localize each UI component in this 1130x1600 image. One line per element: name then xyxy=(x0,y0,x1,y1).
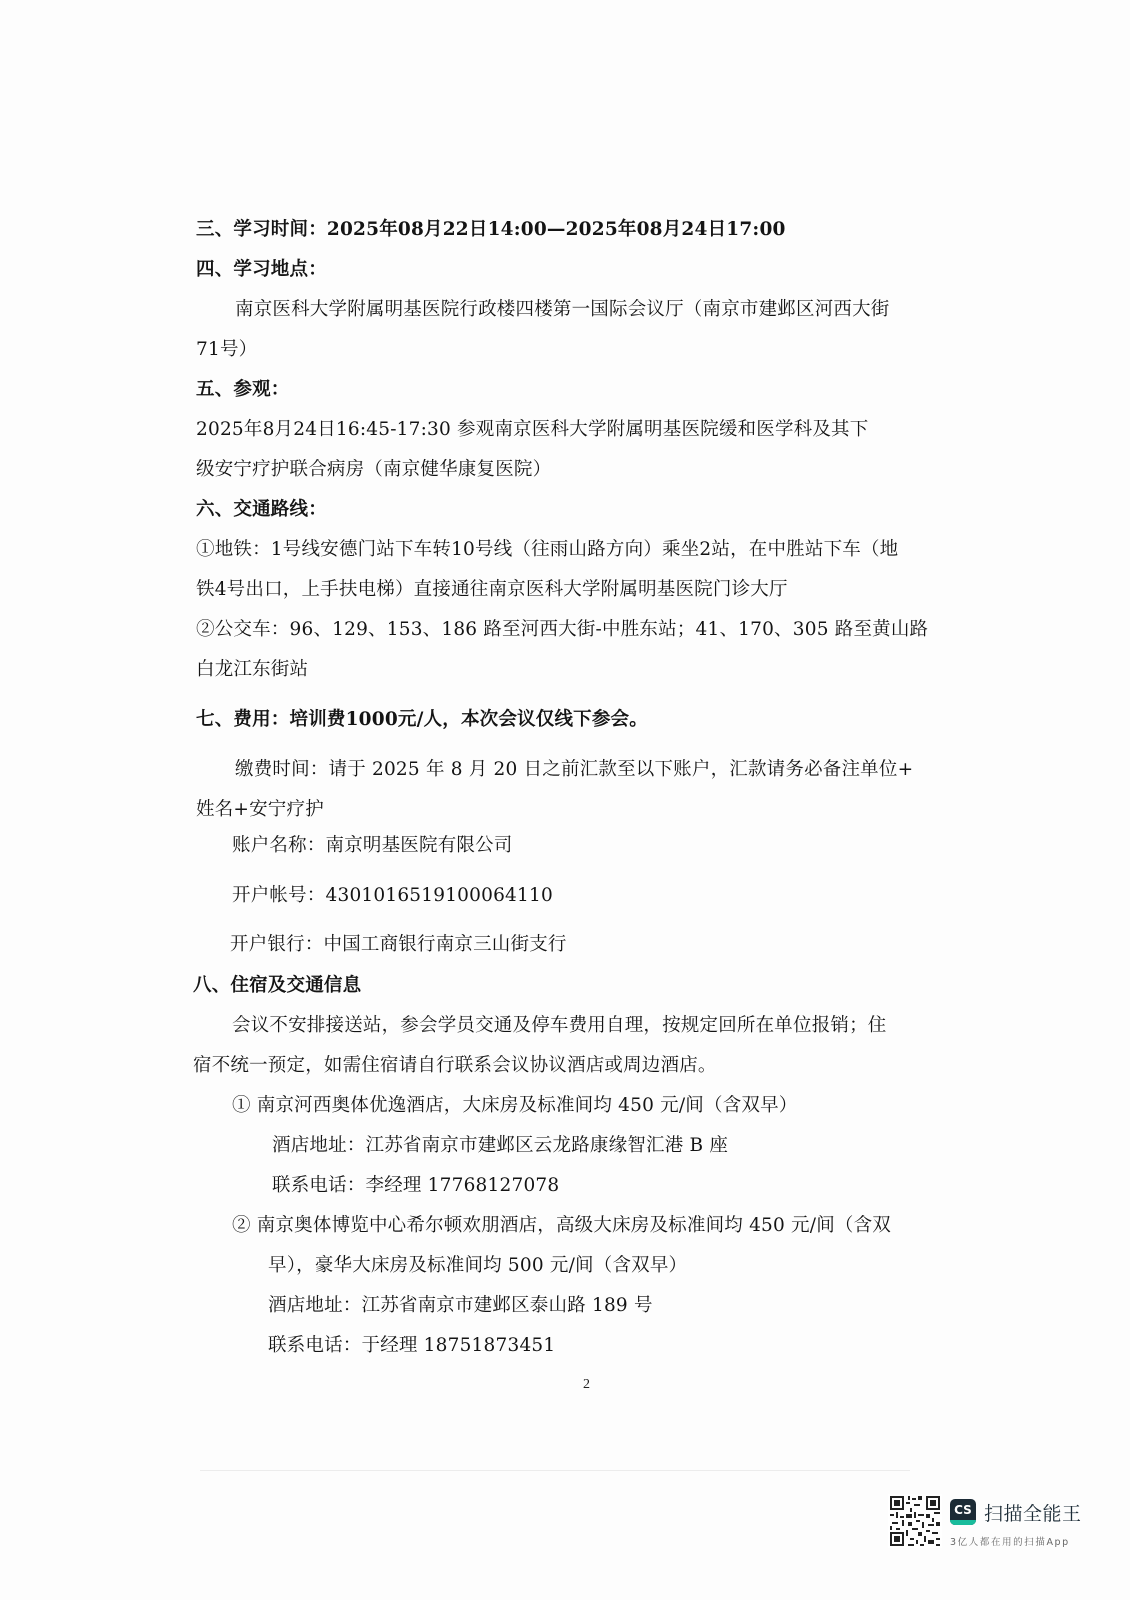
section-7-payment-line-2: 姓名+安宁疗护 xyxy=(196,799,324,821)
watermark-subtitle: 3亿人都在用的扫描App xyxy=(950,1534,1070,1548)
logo-accent-bar xyxy=(950,1520,976,1525)
watermark-title: 扫描全能王 xyxy=(984,1499,1082,1526)
account-name: 账户名称：南京明基医院有限公司 xyxy=(232,835,513,857)
section-6-bus-line-2: 白龙江东街站 xyxy=(196,659,308,681)
section-3-study-time: 三、学习时间：2025年08月22日14:00—2025年08月24日17:00 xyxy=(196,219,786,241)
document-page: 三、学习时间：2025年08月22日14:00—2025年08月24日17:00… xyxy=(0,0,1130,1600)
hotel-1-phone: 联系电话：李经理 17768127078 xyxy=(272,1175,559,1197)
account-bank: 开户银行：中国工商银行南京三山街支行 xyxy=(230,934,567,956)
section-4-heading: 四、学习地点： xyxy=(196,259,327,281)
account-number: 开户帐号：4301016519100064110 xyxy=(232,885,553,907)
camscanner-logo-icon: CS xyxy=(950,1499,976,1525)
hotel-2-phone: 联系电话：于经理 18751873451 xyxy=(268,1335,555,1357)
section-4-location-line-2: 71号） xyxy=(196,339,257,361)
logo-text: CS xyxy=(954,1503,972,1517)
section-8-body-line-1: 会议不安排接送站，参会学员交通及停车费用自理，按规定回所在单位报销；住 xyxy=(232,1015,887,1037)
qr-code-icon xyxy=(888,1494,942,1548)
section-7-payment-line-1: 缴费时间：请于 2025 年 8 月 20 日之前汇款至以下账户，汇款请务必备注… xyxy=(235,759,913,781)
hotel-1-address: 酒店地址：江苏省南京市建邺区云龙路康缘智汇港 B 座 xyxy=(272,1135,728,1157)
section-5-visit-line-1: 2025年8月24日16:45-17:30 参观南京医科大学附属明基医院缓和医学… xyxy=(196,419,868,441)
page-number: 2 xyxy=(583,1377,590,1393)
section-5-visit-line-2: 级安宁疗护联合病房（南京健华康复医院） xyxy=(196,459,551,481)
section-5-heading: 五、参观： xyxy=(196,379,290,401)
section-6-metro-line-2: 铁4号出口，上手扶电梯）直接通往南京医科大学附属明基医院门诊大厅 xyxy=(196,579,788,601)
hotel-2-name-line-1: ② 南京奥体博览中心希尔顿欢朋酒店，高级大床房及标准间均 450 元/间（含双 xyxy=(232,1215,891,1237)
section-8-body-line-2: 宿不统一预定，如需住宿请自行联系会议协议酒店或周边酒店。 xyxy=(193,1055,717,1077)
footer-divider xyxy=(200,1470,910,1471)
section-4-location-line-1: 南京医科大学附属明基医院行政楼四楼第一国际会议厅（南京市建邺区河西大街 xyxy=(235,299,890,321)
section-6-bus-line-1: ②公交车：96、129、153、186 路至河西大街-中胜东站；41、170、3… xyxy=(196,619,928,641)
section-6-metro-line-1: ①地铁：1号线安德门站下车转10号线（往雨山路方向）乘坐2站，在中胜站下车（地 xyxy=(196,539,898,561)
section-6-heading: 六、交通路线： xyxy=(196,499,327,521)
section-8-heading: 八、住宿及交通信息 xyxy=(193,975,361,997)
hotel-2-name-line-2: 早），豪华大床房及标准间均 500 元/间（含双早） xyxy=(268,1255,687,1277)
section-7-fee: 七、费用：培训费1000元/人，本次会议仅线下参会。 xyxy=(196,709,648,731)
hotel-2-address: 酒店地址：江苏省南京市建邺区泰山路 189 号 xyxy=(268,1295,653,1317)
hotel-1-name: ① 南京河西奥体优逸酒店，大床房及标准间均 450 元/间（含双早） xyxy=(232,1095,798,1117)
camscanner-watermark: CS 扫描全能王 3亿人都在用的扫描App xyxy=(888,1494,1118,1554)
